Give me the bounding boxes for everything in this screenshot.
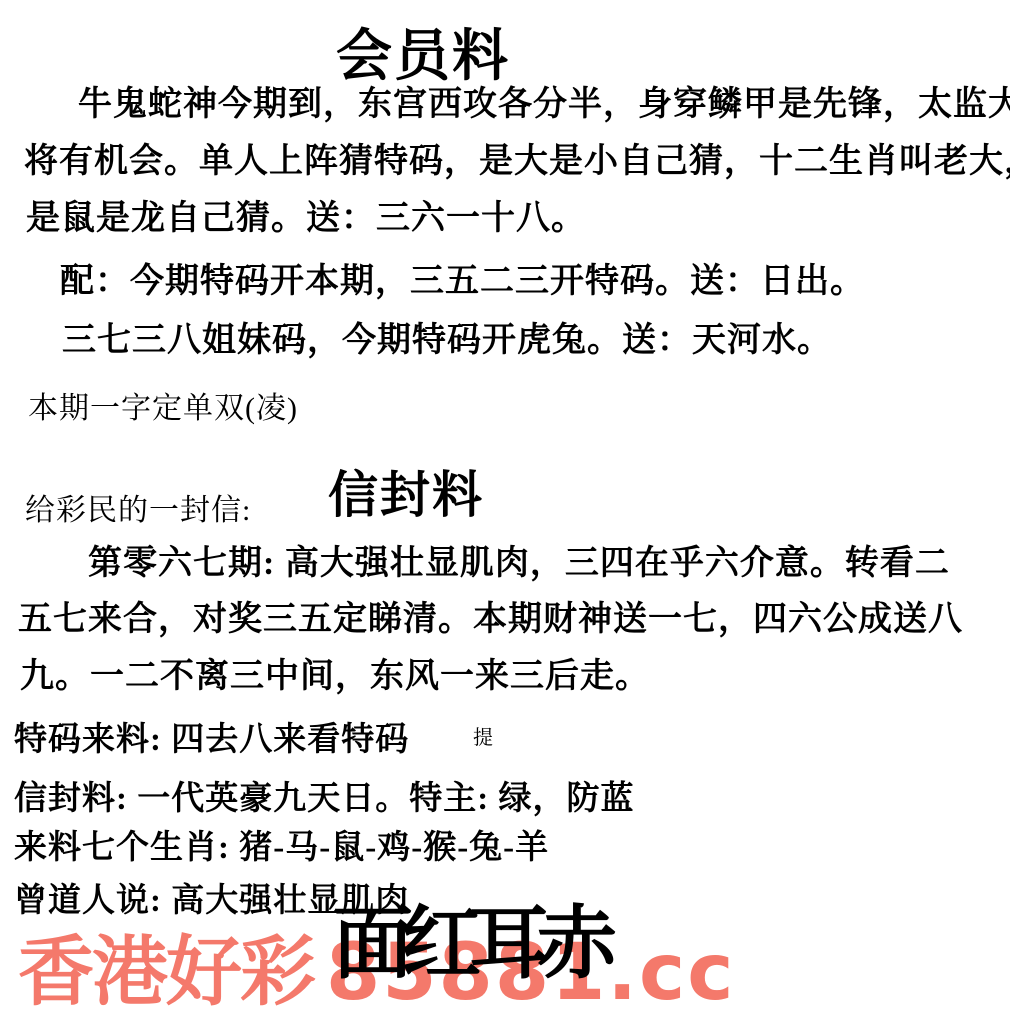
member-paragraph-line: 是鼠是龙自己猜。送：三六一十八。 <box>26 200 586 237</box>
envelope-paragraph-line: 第零六七期: 高大强壮显肌肉，三四在乎六介意。转看二 <box>88 545 950 582</box>
member-oddeven-line: 本期一字定单双(凌) <box>28 383 298 427</box>
tema-note: 提 <box>473 721 493 750</box>
member-pei-line: 配：今期特码开本期，三五二三开特码。送：日出。 <box>60 263 865 300</box>
tema-source-row: 特码来料: 四去八来看特码 <box>14 713 409 760</box>
member-paragraph-line: 将有机会。单人上阵猜特码，是大是小自己猜，十二生肖叫老大， <box>24 143 1010 180</box>
watermark-site-name: 香港好彩 <box>18 934 314 1010</box>
document-page: 会员料 牛鬼蛇神今期到，东宫西攻各分半，身穿鳞甲是先锋，太监大 将有机会。单人上… <box>0 0 1010 1024</box>
zodiac-row: 来料七个生肖: 猪-马-鼠-鸡-猴-兔-羊 <box>14 821 549 868</box>
envelope-paragraph-line: 九。一二不离三中间，东风一来三后走。 <box>20 658 650 695</box>
member-section-title: 会员料 <box>336 12 510 92</box>
member-sister-line: 三七三八姐妹码，今期特码开虎兔。送：天河水。 <box>62 322 832 359</box>
envelope-paragraph-line: 五七来合，对奖三五定睇清。本期财神送一七，四六公成送八 <box>18 601 963 638</box>
footer-overlay-title: 面红耳赤 <box>333 905 605 985</box>
envelope-section-title: 信封料 <box>328 455 484 527</box>
envelope-intro-label: 给彩民的一封信: <box>25 485 251 529</box>
xinfengliao-row: 信封料: 一代英豪九天日。特主: 绿，防蓝 <box>14 772 634 819</box>
member-paragraph-line: 牛鬼蛇神今期到，东宫西攻各分半，身穿鳞甲是先锋，太监大 <box>78 86 1010 123</box>
